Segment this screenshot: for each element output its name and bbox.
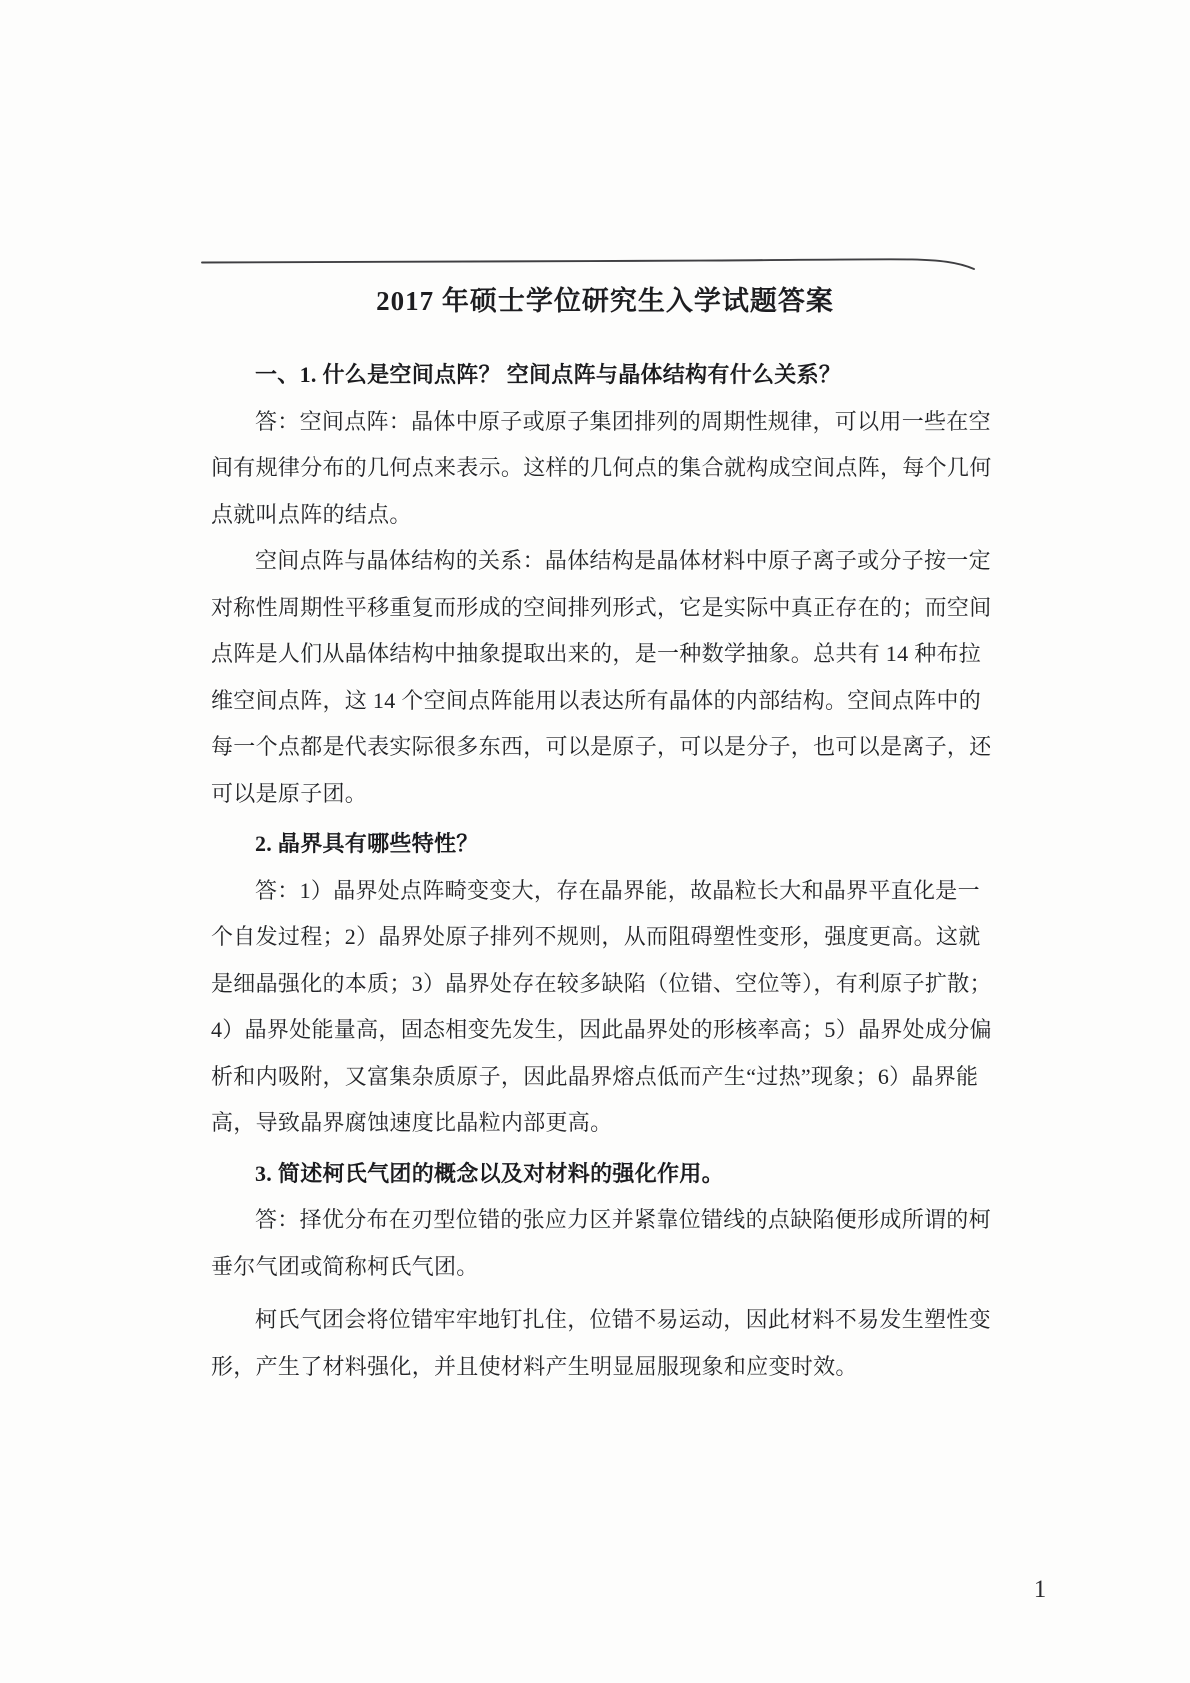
text-line: 3. 简述柯氏气团的概念以及对材料的强化作用。 (211, 1151, 983, 1198)
text-line: 可以是原子团。 (211, 771, 983, 818)
question-heading: 2. 晶界具有哪些特性？ (211, 821, 983, 868)
document-title: 2017 年硕士学位研究生入学试题答案 (20, 279, 1190, 318)
text-line: 析和内吸附，又富集杂质原子，因此晶界熔点低而产生“过热”现象；6）晶界能 (211, 1054, 983, 1101)
question-heading: 3. 简述柯氏气团的概念以及对材料的强化作用。 (211, 1151, 983, 1198)
answer-paragraph: 柯氏气团会将位错牢牢地钉扎住，位错不易运动，因此材料不易发生塑性变形，产生了材料… (211, 1297, 983, 1390)
text-line: 高，导致晶界腐蚀速度比晶粒内部更高。 (211, 1100, 983, 1147)
text-line: 柯氏气团会将位错牢牢地钉扎住，位错不易运动，因此材料不易发生塑性变 (211, 1297, 983, 1344)
answer-paragraph: 答：空间点阵：晶体中原子或原子集团排列的周期性规律，可以用一些在空间有规律分布的… (211, 399, 983, 539)
text-line: 是细晶强化的本质；3）晶界处存在较多缺陷（位错、空位等），有利原子扩散； (211, 961, 983, 1008)
text-line: 对称性周期性平移重复而形成的空间排列形式，它是实际中真正存在的；而空间 (211, 585, 983, 632)
text-line: 2. 晶界具有哪些特性？ (211, 821, 983, 868)
text-line: 个自发过程；2）晶界处原子排列不规则，从而阻碍塑性变形，强度更高。这就 (211, 914, 983, 961)
answer-paragraph: 空间点阵与晶体结构的关系：晶体结构是晶体材料中原子离子或分子按一定对称性周期性平… (211, 538, 983, 817)
answer-paragraph: 答：1）晶界处点阵畸变变大，存在晶界能，故晶粒长大和晶界平直化是一个自发过程；2… (211, 868, 983, 1147)
page-number: 1 (1018, 1576, 1062, 1604)
question-heading: 一、1. 什么是空间点阵？ 空间点阵与晶体结构有什么关系？ (211, 352, 983, 399)
text-line: 间有规律分布的几何点来表示。这样的几何点的集合就构成空间点阵，每个几何 (211, 445, 983, 492)
text-line: 答：择优分布在刃型位错的张应力区并紧靠位错线的点缺陷便形成所谓的柯 (211, 1197, 983, 1244)
text-line: 点阵是人们从晶体结构中抽象提取出来的，是一种数学抽象。总共有 14 种布拉 (211, 631, 983, 678)
text-line: 点就叫点阵的结点。 (211, 492, 983, 539)
answer-paragraph: 答：择优分布在刃型位错的张应力区并紧靠位错线的点缺陷便形成所谓的柯垂尔气团或简称… (211, 1197, 983, 1290)
text-line: 一、1. 什么是空间点阵？ 空间点阵与晶体结构有什么关系？ (211, 352, 983, 399)
document-body: 一、1. 什么是空间点阵？ 空间点阵与晶体结构有什么关系？答：空间点阵：晶体中原… (211, 352, 983, 1390)
text-line: 维空间点阵，这 14 个空间点阵能用以表达所有晶体的内部结构。空间点阵中的 (211, 678, 983, 725)
text-line: 答：1）晶界处点阵畸变变大，存在晶界能，故晶粒长大和晶界平直化是一 (211, 868, 983, 915)
text-line: 垂尔气团或简称柯氏气团。 (211, 1244, 983, 1291)
text-line: 空间点阵与晶体结构的关系：晶体结构是晶体材料中原子离子或分子按一定 (211, 538, 983, 585)
text-line: 每一个点都是代表实际很多东西，可以是原子，可以是分子，也可以是离子，还 (211, 724, 983, 771)
text-line: 答：空间点阵：晶体中原子或原子集团排列的周期性规律，可以用一些在空 (211, 399, 983, 446)
scanned-document-page: 2017 年硕士学位研究生入学试题答案 一、1. 什么是空间点阵？ 空间点阵与晶… (0, 0, 1190, 1683)
text-line: 形，产生了材料强化，并且使材料产生明显屈服现象和应变时效。 (211, 1344, 983, 1391)
text-line: 4）晶界处能量高，固态相变先发生，因此晶界处的形核率高；5）晶界处成分偏 (211, 1007, 983, 1054)
